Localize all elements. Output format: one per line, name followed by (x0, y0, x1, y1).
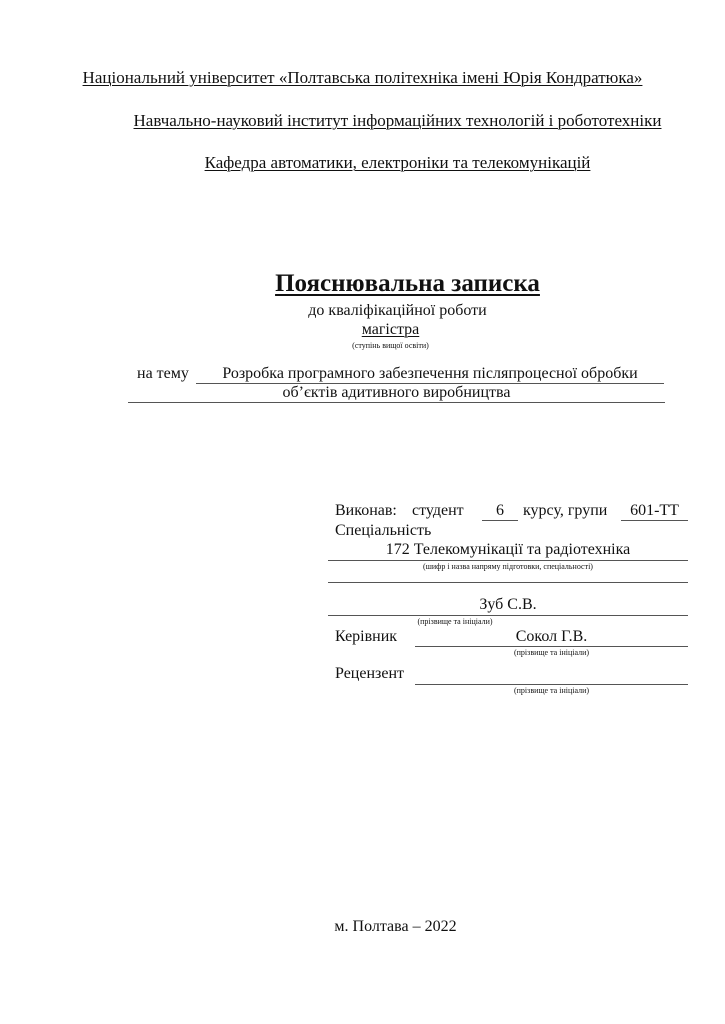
university-name: Національний університет «Полтавська пол… (0, 68, 725, 88)
group-underline (621, 520, 688, 521)
supervisor-caption: (прізвище та ініціали) (415, 648, 688, 657)
student-label: студент (412, 502, 464, 520)
group-value: 601-ТТ (621, 502, 688, 520)
course-group-label: курсу, групи (523, 502, 607, 520)
topic-label: на тему (137, 365, 189, 383)
supervisor-label: Керівник (335, 628, 397, 646)
topic-line-1: Розробка програмного забезпечення післяп… (196, 365, 664, 383)
department-name: Кафедра автоматики, електроніки та телек… (35, 153, 725, 173)
topic-line-2: об’єктів адитивного виробництва (128, 384, 665, 402)
supervisor-name: Сокол Г.В. (415, 628, 688, 646)
degree-value: магістра (28, 321, 725, 339)
topic-underline-2 (128, 402, 665, 403)
document-title: Пояснювальна записка (45, 270, 725, 298)
degree-caption: (ступінь вищої освіти) (28, 341, 725, 350)
specialty-value: 172 Телекомунікації та радіотехніка (328, 541, 688, 559)
reviewer-underline (415, 684, 688, 685)
specialty-underline (328, 560, 688, 561)
course-value: 6 (482, 502, 518, 520)
document-subtitle: до кваліфікаційної роботи (35, 302, 725, 320)
reviewer-label: Рецензент (335, 665, 404, 683)
student-name-caption: (прізвище та ініціали) (330, 617, 580, 626)
reviewer-caption: (прізвище та ініціали) (415, 686, 688, 695)
course-underline (482, 520, 518, 521)
specialty-label: Спеціальність (335, 522, 431, 540)
specialty-caption: (шифр і назва напряму підготовки, спеціа… (328, 562, 688, 571)
supervisor-underline (415, 646, 688, 647)
student-name: Зуб С.В. (328, 596, 688, 614)
specialty-underline-extra (328, 582, 688, 583)
student-name-underline (328, 615, 688, 616)
performed-label: Виконав: (335, 502, 397, 520)
city-year: м. Полтава – 2022 (33, 918, 725, 936)
institute-name: Навчально-науковий інститут інформаційни… (35, 111, 725, 131)
